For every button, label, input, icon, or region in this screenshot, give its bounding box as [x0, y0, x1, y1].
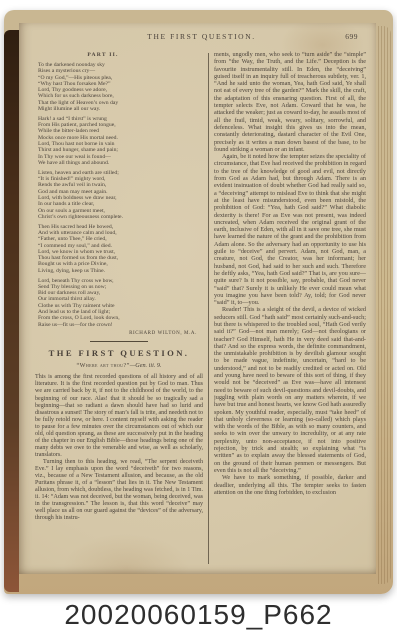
poem-line: We have all things and abound. — [38, 160, 203, 166]
paragraph: This is among the first recorded questio… — [35, 374, 203, 459]
poem-line: Raise us—fit us—for the crown! — [38, 322, 203, 328]
running-header: THE FIRST QUESTION. — [147, 32, 255, 41]
paragraph: We have to mark something, if possible, … — [214, 474, 366, 496]
poem-stanza: Then His sacred head He bowed,And with u… — [38, 224, 203, 274]
poem-stanza: To the darkened noonday skyRises a myste… — [38, 62, 203, 112]
article-epigraph: “Where art thou?”—Gen. iii. 9. — [35, 362, 203, 369]
poem-line: Christ’s own righteousness complete. — [38, 214, 203, 220]
page-fore-edge — [378, 26, 391, 584]
poem-stanza: Listen, heaven and earth are stilled;“It… — [38, 170, 203, 220]
left-column: PART II. To the darkened noonday skyRise… — [35, 51, 203, 568]
running-header-row: THE FIRST QUESTION. 699 — [41, 32, 362, 41]
section-divider — [90, 341, 148, 342]
archive-id-watermark: 20020060159_P662 — [0, 599, 397, 631]
page-number: 699 — [345, 32, 358, 41]
poem: To the darkened noonday skyRises a myste… — [35, 62, 203, 328]
poem-signature: RICHARD WILTON, M.A. — [35, 331, 203, 336]
text-columns: PART II. To the darkened noonday skyRise… — [35, 51, 366, 568]
poem-line: Might illumine all our way. — [38, 106, 203, 112]
part-heading: PART II. — [37, 52, 169, 58]
epigraph-quote: “Where art thou?” — [76, 362, 129, 369]
article-title: THE FIRST QUESTION. — [35, 348, 203, 358]
book-page: THE FIRST QUESTION. 699 PART II. To the … — [19, 23, 376, 574]
epigraph-reference: —Gen. iii. 9. — [130, 362, 162, 369]
book-gutter — [4, 30, 19, 592]
right-column: ments, ungodly men, who seek to “turn as… — [214, 51, 366, 568]
column-rule — [208, 53, 209, 564]
paragraph: Turning then to this heading, we read, “… — [35, 459, 203, 522]
poem-line: Living, dying, keep us Thine. — [38, 268, 203, 274]
book-photo: THE FIRST QUESTION. 699 PART II. To the … — [4, 10, 393, 594]
paragraph: ments, ungodly men, who seek to “turn as… — [214, 51, 366, 153]
paragraph: Reader! This is a sleight of the devil, … — [214, 306, 366, 474]
article-body-left: This is among the first recorded questio… — [35, 374, 203, 522]
paragraph: Again, be it noted how the tempter seize… — [214, 153, 366, 306]
poem-stanza: Lord, beneath Thy cross we bow,Send Thy … — [38, 278, 203, 328]
scan-photo-background: { "colors": { "background": "#ffffff", "… — [0, 0, 397, 640]
poem-stanza: Hark! a sad “I thirst” is wrungFrom His … — [38, 116, 203, 166]
